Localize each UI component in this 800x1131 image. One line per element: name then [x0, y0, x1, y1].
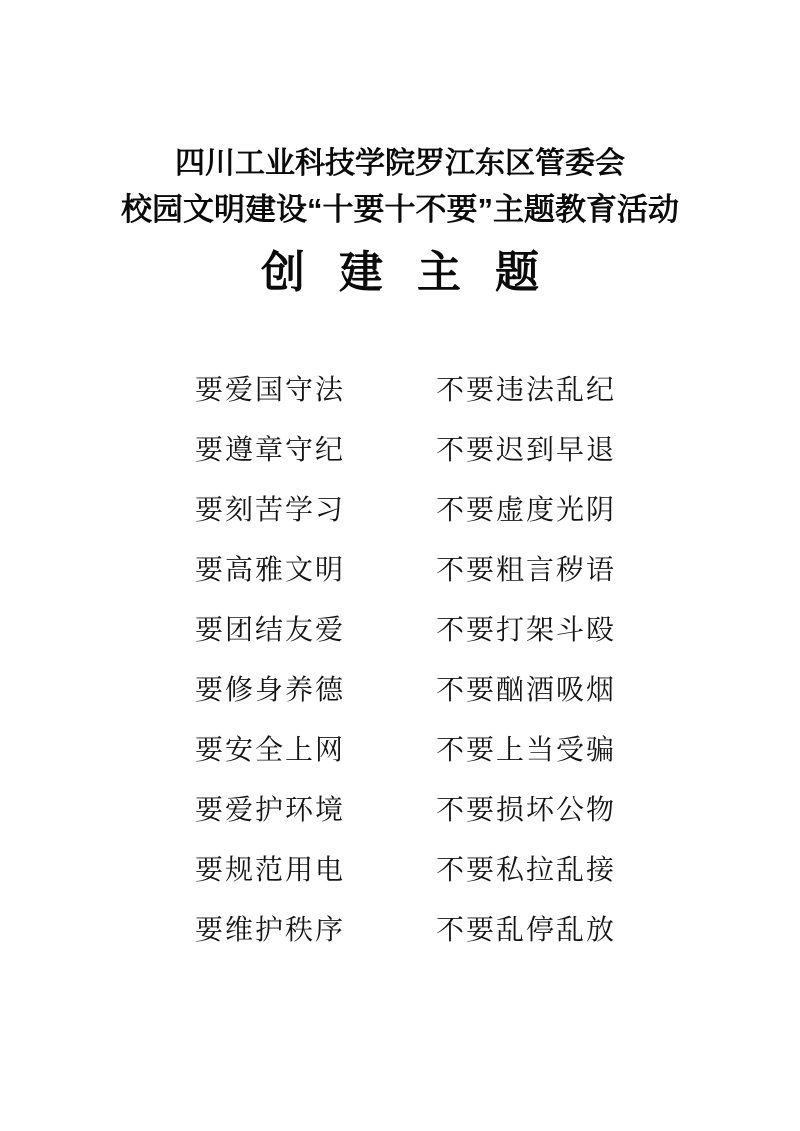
page-title: 创建主题: [0, 249, 800, 297]
theme-list: 要爱国守法不要违法乱纪 要遵章守纪不要迟到早退 要刻苦学习不要虚度光阴 要高雅文…: [0, 375, 800, 975]
list-item: 要遵章守纪不要迟到早退: [195, 435, 800, 495]
dont-item: 不要乱停乱放: [436, 915, 616, 945]
list-item: 要维护秩序不要乱停乱放: [195, 915, 800, 975]
do-item: 要爱护环境: [195, 795, 436, 825]
do-item: 要高雅文明: [195, 555, 436, 585]
do-item: 要刻苦学习: [195, 495, 436, 525]
list-item: 要团结友爱不要打架斗殴: [195, 615, 800, 675]
document-header: 四川工业科技学院罗江东区管委会 校园文明建设“十要十不要”主题教育活动 创建主题: [0, 0, 800, 297]
do-item: 要维护秩序: [195, 915, 436, 945]
do-item: 要爱国守法: [195, 375, 436, 405]
do-item: 要规范用电: [195, 855, 436, 885]
list-item: 要安全上网不要上当受骗: [195, 735, 800, 795]
list-item: 要爱国守法不要违法乱纪: [195, 375, 800, 435]
dont-item: 不要酗酒吸烟: [436, 675, 616, 705]
organization-title: 四川工业科技学院罗江东区管委会: [0, 146, 800, 182]
list-item: 要刻苦学习不要虚度光阴: [195, 495, 800, 555]
do-item: 要安全上网: [195, 735, 436, 765]
dont-item: 不要虚度光阴: [436, 495, 616, 525]
dont-item: 不要损坏公物: [436, 795, 616, 825]
do-item: 要修身养德: [195, 675, 436, 705]
document-page: 四川工业科技学院罗江东区管委会 校园文明建设“十要十不要”主题教育活动 创建主题…: [0, 0, 800, 1131]
dont-item: 不要迟到早退: [436, 435, 616, 465]
dont-item: 不要私拉乱接: [436, 855, 616, 885]
dont-item: 不要打架斗殴: [436, 615, 616, 645]
dont-item: 不要粗言秽语: [436, 555, 616, 585]
list-item: 要高雅文明不要粗言秽语: [195, 555, 800, 615]
dont-item: 不要上当受骗: [436, 735, 616, 765]
dont-item: 不要违法乱纪: [436, 375, 616, 405]
do-item: 要团结友爱: [195, 615, 436, 645]
list-item: 要规范用电不要私拉乱接: [195, 855, 800, 915]
do-item: 要遵章守纪: [195, 435, 436, 465]
list-item: 要修身养德不要酗酒吸烟: [195, 675, 800, 735]
list-item: 要爱护环境不要损坏公物: [195, 795, 800, 855]
activity-subtitle: 校园文明建设“十要十不要”主题教育活动: [0, 192, 800, 228]
